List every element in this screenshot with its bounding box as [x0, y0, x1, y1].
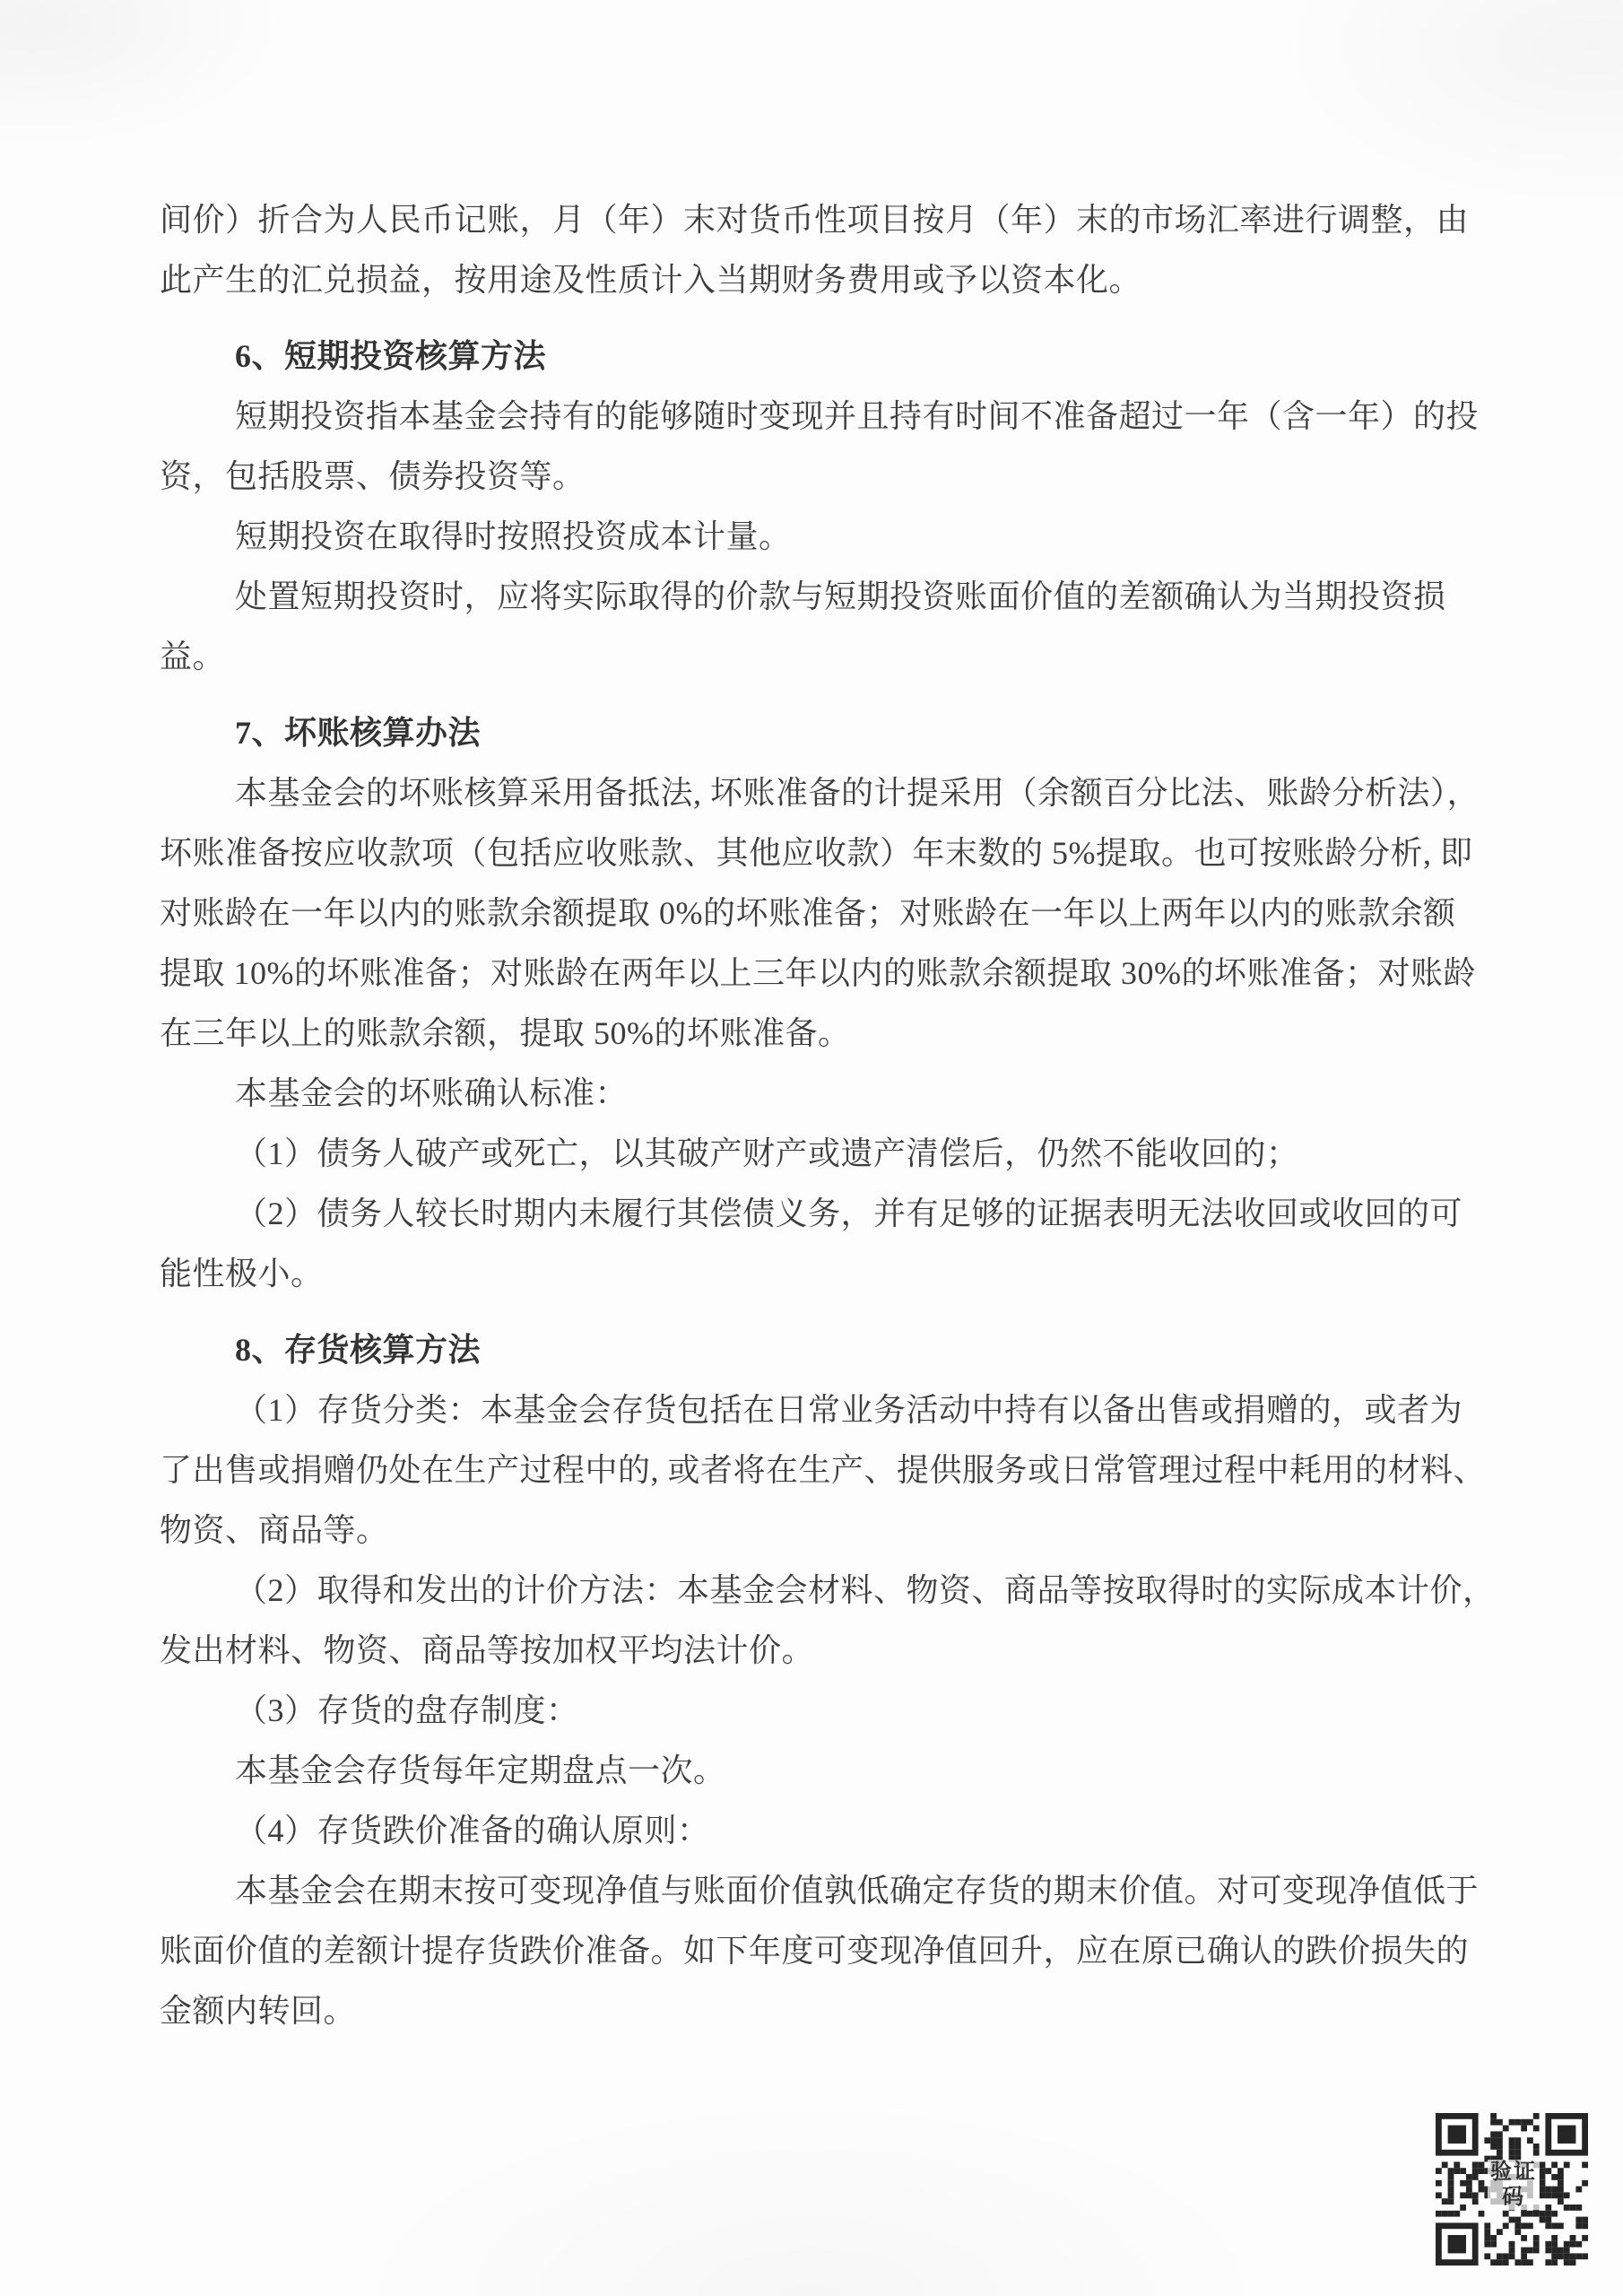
section-heading-6: 6、短期投资核算方法: [160, 326, 1476, 387]
text-line: （4）存货跌价准备的确认原则：: [160, 1801, 1476, 1861]
text-line: 金额内转回。: [160, 1981, 1476, 2041]
text-line: （1）存货分类：本基金会存货包括在日常业务活动中持有以备出售或捐赠的，或者为: [160, 1380, 1476, 1440]
text-line: 坏账准备按应收款项（包括应收账款、其他应收款）年末数的 5%提取。也可按账龄分析…: [160, 823, 1476, 883]
text-line: 账面价值的差额计提存货跌价准备。如下年度可变现净值回升，应在原已确认的跌价损失的: [160, 1921, 1476, 1981]
text-line: （2）取得和发出的计价方法：本基金会材料、物资、商品等按取得时的实际成本计价，: [160, 1561, 1476, 1621]
section-heading-7: 7、坏账核算办法: [160, 703, 1476, 763]
qr-code-label: 验证码: [1488, 2160, 1540, 2210]
text-line: （3）存货的盘存制度：: [160, 1681, 1476, 1741]
text-line: 本基金会的坏账确认标准：: [160, 1064, 1476, 1124]
text-line: 益。: [160, 627, 1476, 687]
text-line: 资，包括股票、债券投资等。: [160, 447, 1476, 507]
text-line: 短期投资在取得时按照投资成本计量。: [160, 507, 1476, 567]
text-line: 短期投资指本基金会持有的能够随时变现并且持有时间不准备超过一年（含一年）的投: [160, 387, 1476, 447]
text-line: 能性极小。: [160, 1244, 1476, 1304]
text-line: 发出材料、物资、商品等按加权平均法计价。: [160, 1621, 1476, 1681]
text-line: 物资、商品等。: [160, 1500, 1476, 1561]
text-line: （2）债务人较长时期内未履行其偿债义务，并有足够的证据表明无法收回或收回的可: [160, 1184, 1476, 1244]
text-line: 了出售或捐赠仍处在生产过程中的, 或者将在生产、提供服务或日常管理过程中耗用的材…: [160, 1440, 1476, 1500]
document-body: 间价）折合为人民币记账，月（年）末对货币性项目按月（年）末的市场汇率进行调整，由…: [160, 190, 1476, 2041]
text-line: 对账龄在一年以内的账款余额提取 0%的坏账准备；对账龄在一年以上两年以内的账款余…: [160, 883, 1476, 944]
text-line: 此产生的汇兑损益，按用途及性质计入当期财务费用或予以资本化。: [160, 250, 1476, 310]
text-line: （1）债务人破产或死亡，以其破产财产或遗产清偿后，仍然不能收回的；: [160, 1124, 1476, 1184]
text-line: 间价）折合为人民币记账，月（年）末对货币性项目按月（年）末的市场汇率进行调整，由: [160, 190, 1476, 250]
text-line: 处置短期投资时，应将实际取得的价款与短期投资账面价值的差额确认为当期投资损: [160, 567, 1476, 627]
text-line: 本基金会存货每年定期盘点一次。: [160, 1741, 1476, 1801]
text-line: 提取 10%的坏账准备；对账龄在两年以上三年以内的账款余额提取 30%的坏账准备…: [160, 944, 1476, 1004]
section-heading-8: 8、存货核算方法: [160, 1320, 1476, 1380]
text-line: 本基金会的坏账核算采用备抵法, 坏账准备的计提采用（余额百分比法、账龄分析法），: [160, 763, 1476, 823]
scanned-page: 间价）折合为人民币记账，月（年）末对货币性项目按月（年）末的市场汇率进行调整，由…: [0, 0, 1623, 2296]
text-line: 本基金会在期末按可变现净值与账面价值孰低确定存货的期末价值。对可变现净值低于: [160, 1861, 1476, 1921]
text-line: 在三年以上的账款余额，提取 50%的坏账准备。: [160, 1004, 1476, 1064]
